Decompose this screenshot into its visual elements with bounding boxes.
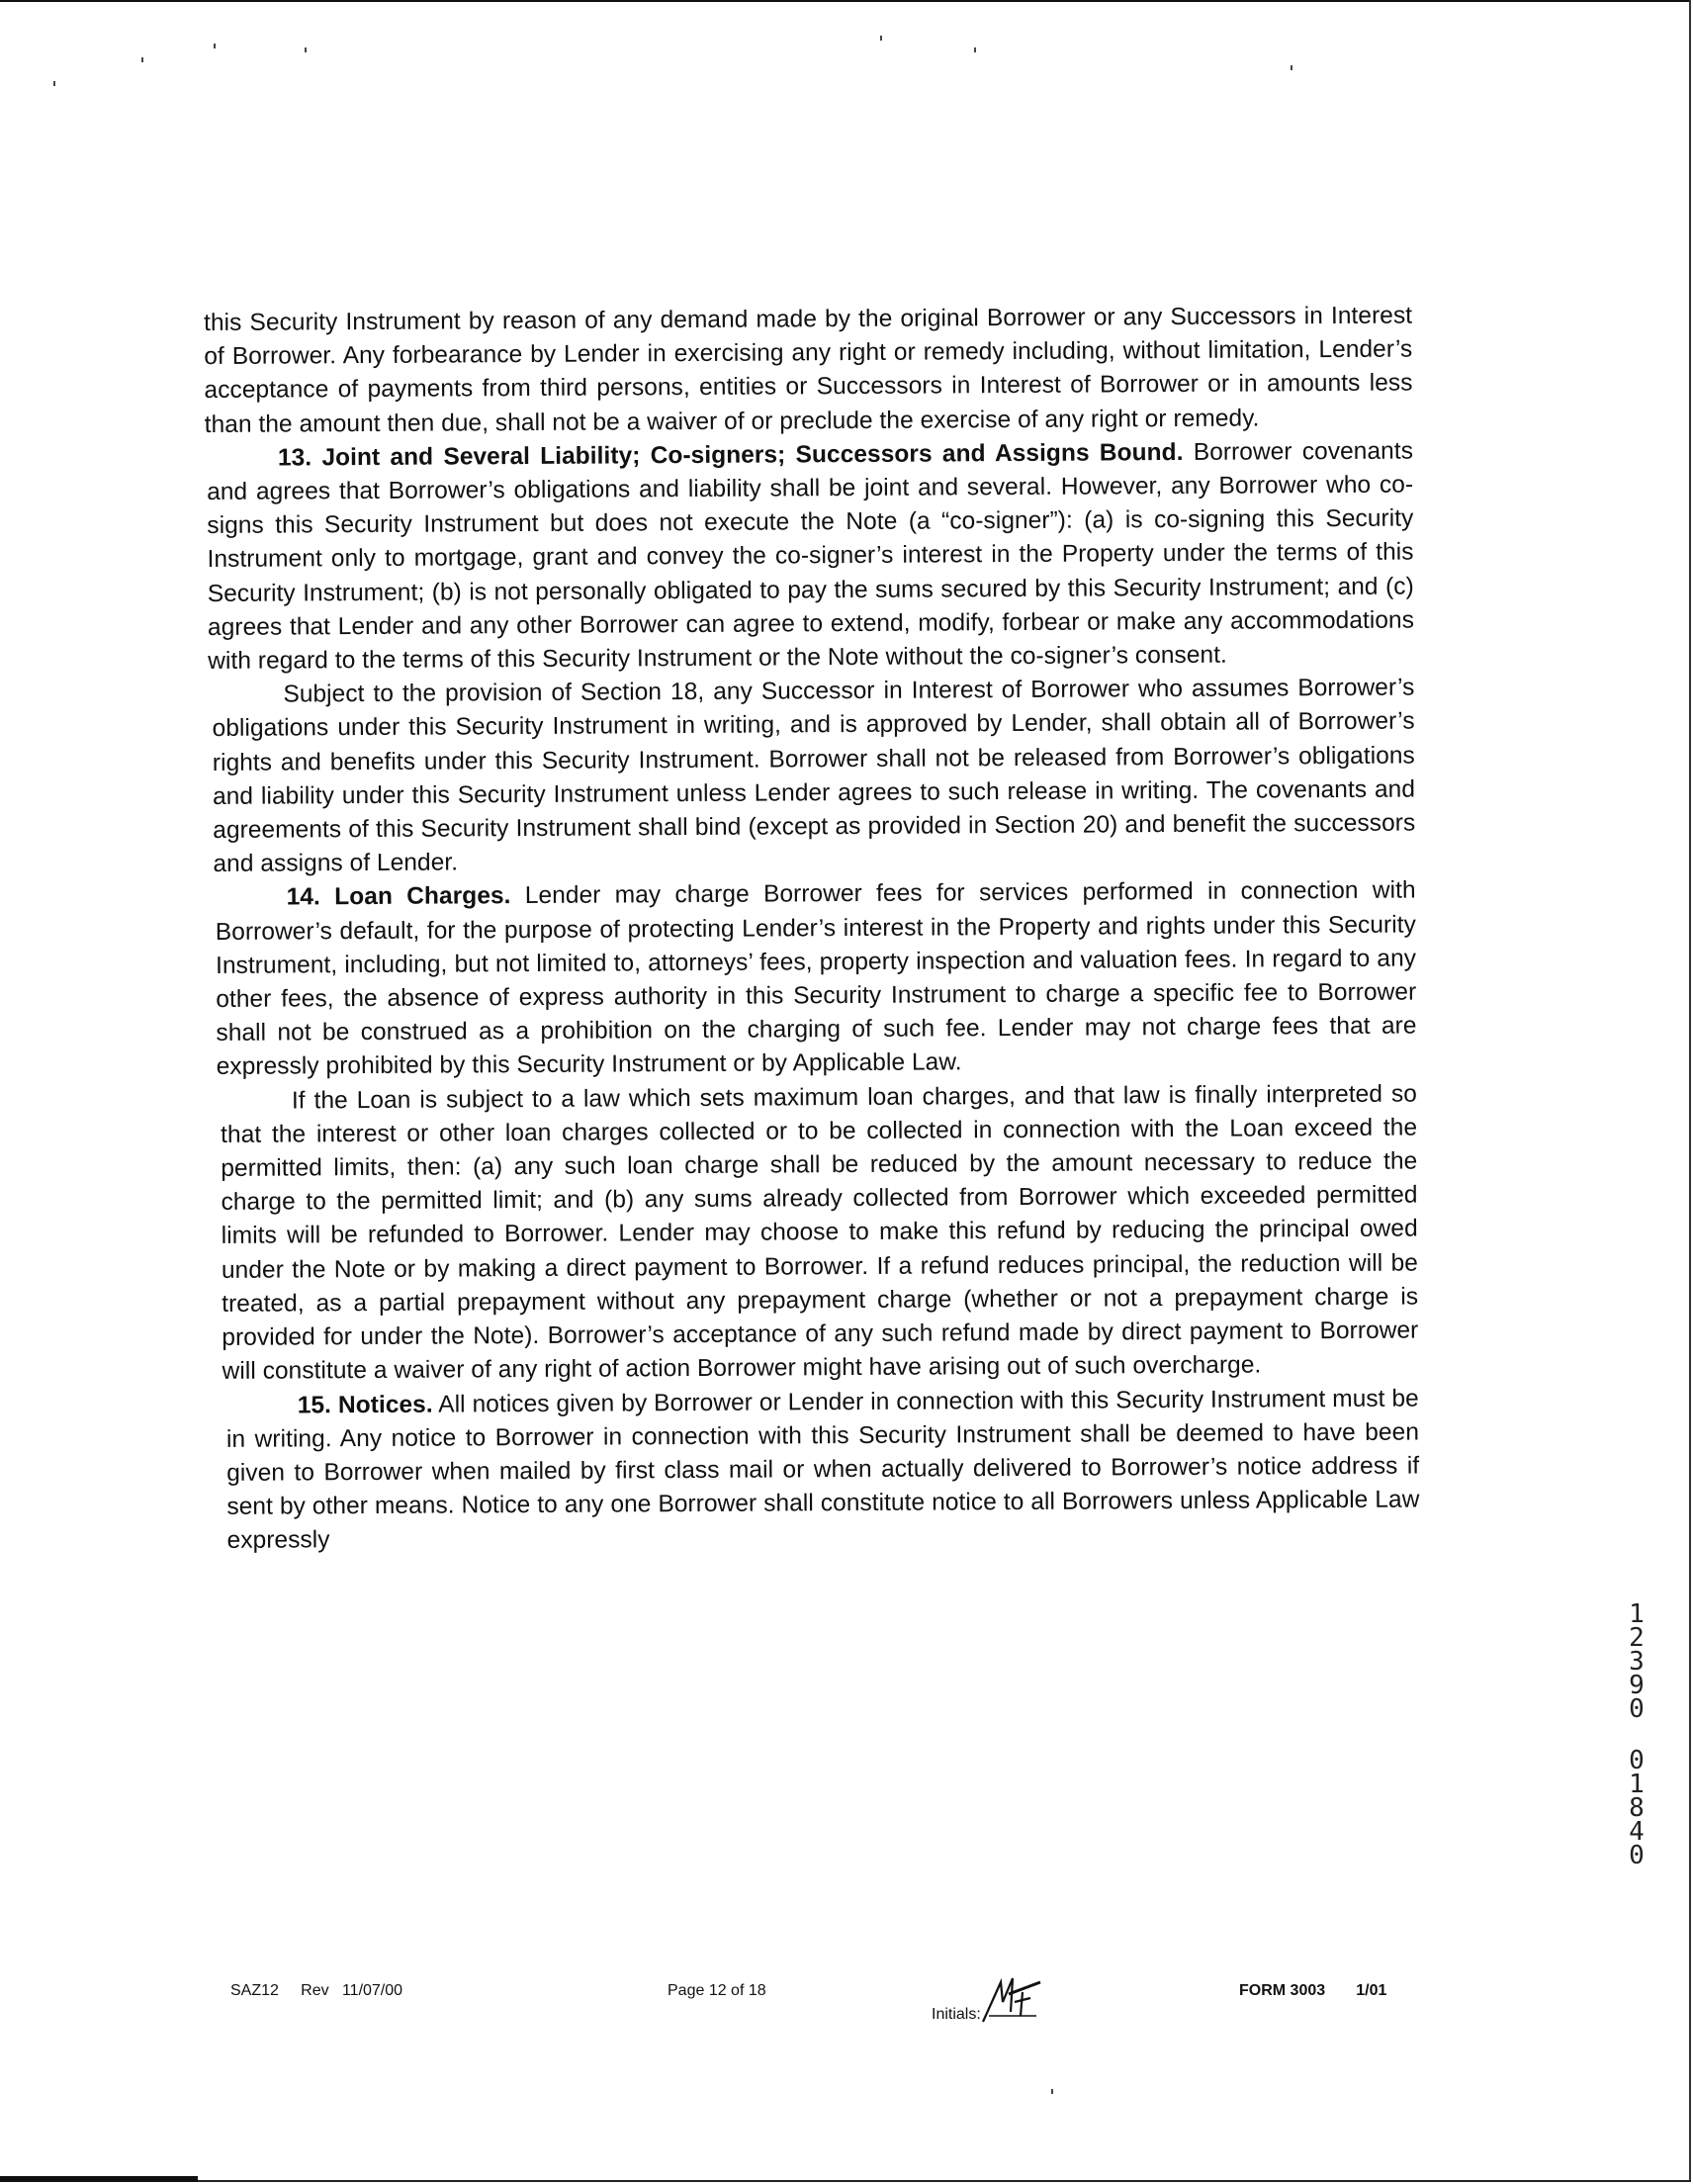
section-number: 15. bbox=[298, 1392, 331, 1418]
paragraph-text: Borrower covenants and agrees that Borro… bbox=[207, 437, 1414, 675]
stamp-gap bbox=[1622, 1721, 1651, 1749]
stamp-digit: 0 bbox=[1622, 1844, 1651, 1867]
page-border-top bbox=[0, 0, 1689, 2]
rev-date: 11/07/00 bbox=[342, 1982, 402, 1999]
page-border-bottom bbox=[0, 2180, 1691, 2182]
section-number: 14. bbox=[287, 884, 320, 911]
section-heading: Notices. bbox=[338, 1391, 433, 1418]
paragraph-14-maximum-charges: If the Loan is subject to a law which se… bbox=[221, 1077, 1419, 1389]
paragraph-text: Subject to the provision of Section 18, … bbox=[213, 675, 1416, 877]
paragraph-text: If the Loan is subject to a law which se… bbox=[221, 1080, 1418, 1385]
footer-form-id: FORM 3003 1/01 bbox=[1239, 1982, 1386, 2000]
recording-stamp-number: 1 2 3 9 0 0 1 8 4 0 bbox=[1622, 1602, 1651, 1867]
footer-form-code: SAZ12 Rev 11/07/00 bbox=[230, 1982, 402, 2000]
section-number: 13. bbox=[278, 444, 312, 471]
scan-speck bbox=[974, 47, 976, 52]
paragraph-13-successors: Subject to the provision of Section 18, … bbox=[212, 672, 1415, 882]
rev-label: Rev bbox=[301, 1982, 328, 1999]
form-label: FORM 3003 bbox=[1239, 1982, 1325, 1999]
stamp-digit: 0 bbox=[1622, 1697, 1651, 1721]
paragraph-14: 14. Loan Charges. Lender may charge Borr… bbox=[216, 874, 1417, 1085]
section-heading: Joint and Several Liability; Co-signers;… bbox=[321, 439, 1183, 471]
paragraph-13: 13. Joint and Several Liability; Co-sign… bbox=[207, 434, 1414, 679]
paragraph-text: this Security Instrument by reason of an… bbox=[204, 303, 1413, 438]
footer-initials: Initials: bbox=[932, 1972, 1052, 2024]
scan-speck bbox=[214, 44, 216, 48]
scan-speck bbox=[141, 57, 143, 62]
footer-page-number: Page 12 of 18 bbox=[668, 1982, 766, 2000]
paragraph-12-continued: this Security Instrument by reason of an… bbox=[204, 300, 1413, 442]
form-date: 1/01 bbox=[1356, 1982, 1386, 1999]
paragraph-15: 15. Notices. All notices given by Borrow… bbox=[226, 1382, 1420, 1558]
initials-label: Initials: bbox=[932, 2006, 981, 2024]
scan-speck bbox=[1291, 65, 1292, 70]
scan-speck bbox=[1051, 2089, 1053, 2094]
page-border-right bbox=[1689, 0, 1691, 2180]
document-body: this Security Instrument by reason of an… bbox=[204, 300, 1420, 1559]
section-heading: Loan Charges. bbox=[334, 883, 510, 911]
scan-speck bbox=[53, 81, 55, 86]
page-border-bottom-scan-edge bbox=[0, 2176, 198, 2182]
form-code: SAZ12 bbox=[230, 1982, 279, 1999]
scan-speck bbox=[880, 36, 882, 41]
scan-speck bbox=[305, 47, 307, 52]
initials-signature-icon bbox=[981, 1972, 1052, 2024]
